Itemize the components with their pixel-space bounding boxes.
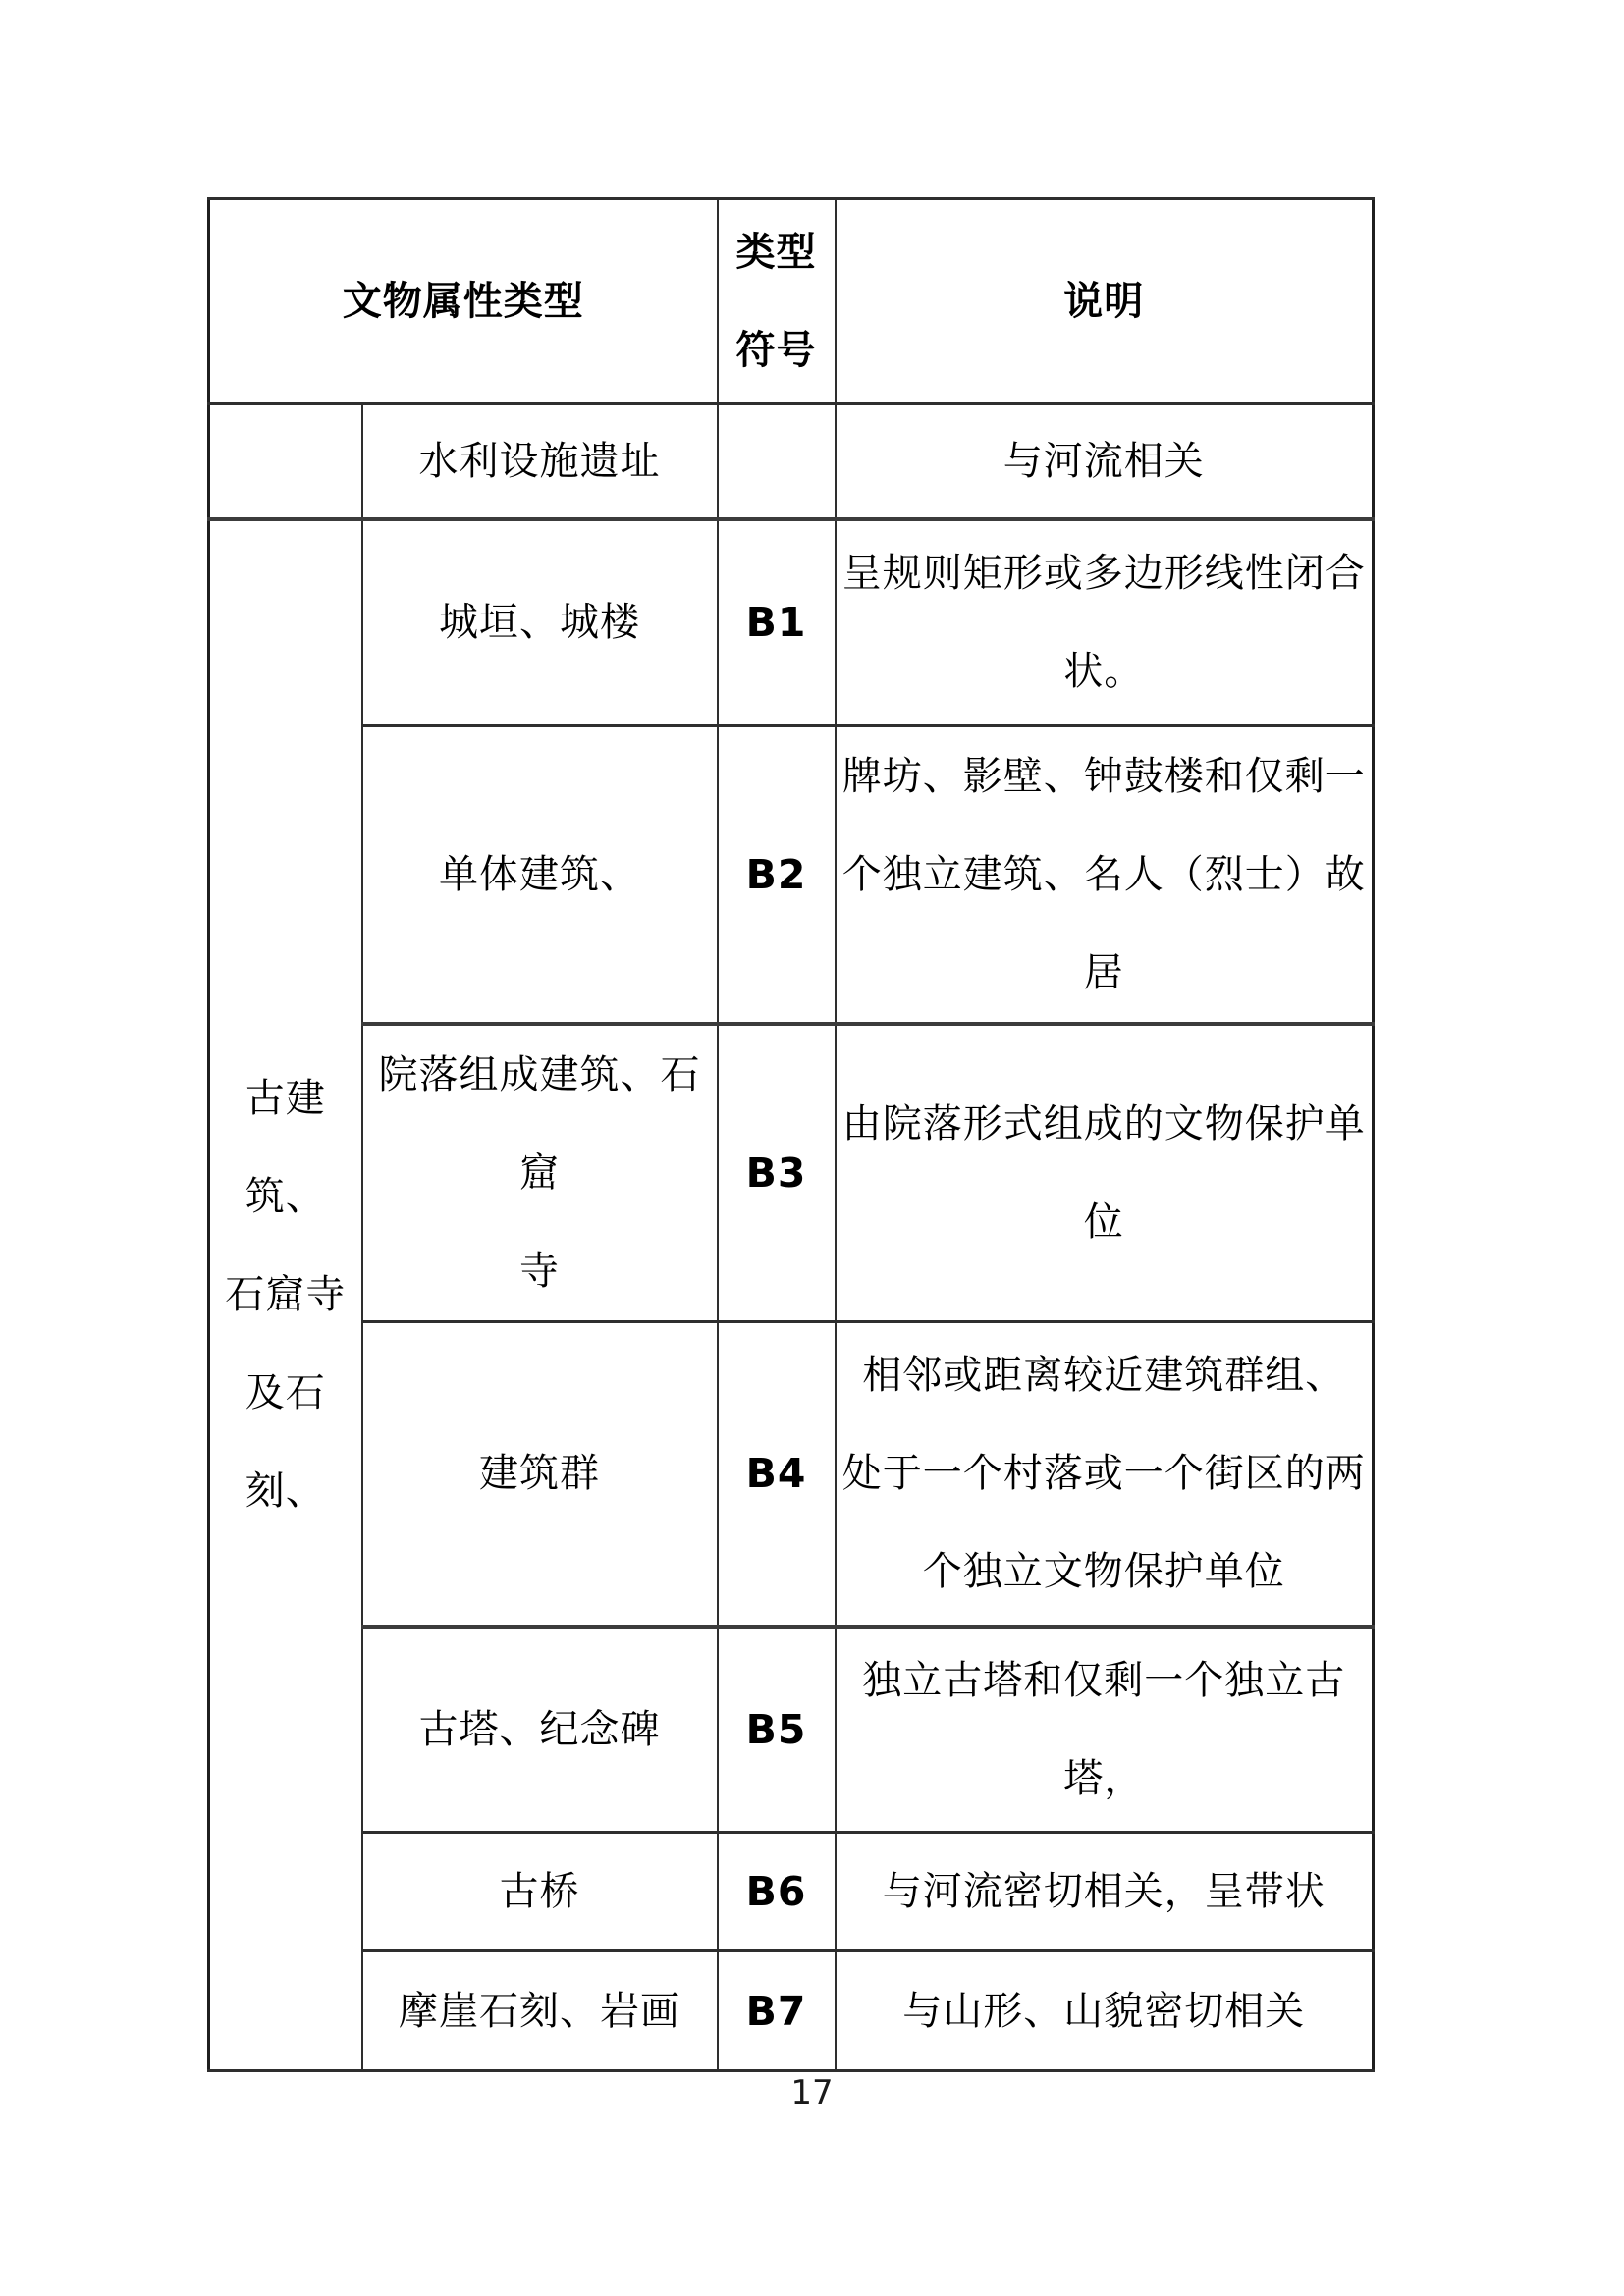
header-type-symbol: 类型 符号 [718, 199, 836, 404]
cell-type-b2: 单体建筑、 [362, 726, 718, 1025]
table-row-b4: 建筑群 B4 相邻或距离较近建筑群组、 处于一个村落或一个街区的两 个独立文物保… [209, 1322, 1374, 1627]
cell-desc-b5: 独立古塔和仅剩一个独立古 塔， [836, 1627, 1374, 1833]
cell-symbol-b4: B4 [718, 1322, 836, 1627]
cell-type-b7: 摩崖石刻、岩画 [362, 1951, 718, 2071]
cell-type-b1: 城垣、城楼 [362, 519, 718, 726]
cell-symbol-b2: B2 [718, 726, 836, 1025]
table-row-b7: 摩崖石刻、岩画 B7 与山形、山貌密切相关 [209, 1951, 1374, 2071]
cell-symbol-b6: B6 [718, 1833, 836, 1951]
cell-symbol-water-facility [718, 404, 836, 519]
document-page: { "page": { "number": "17" }, "table": {… [0, 0, 1624, 2296]
cell-symbol-b7: B7 [718, 1951, 836, 2071]
cell-desc-b2: 牌坊、影壁、钟鼓楼和仅剩一 个独立建筑、名人（烈士）故 居 [836, 726, 1374, 1025]
heritage-attribute-type-table: 文物属性类型 类型 符号 说明 水利设施遗址 与河流相关 古建 筑、 石窟寺 及… [207, 197, 1375, 2072]
table-row-b5: 古塔、纪念碑 B5 独立古塔和仅剩一个独立古 塔， [209, 1627, 1374, 1833]
cell-desc-water-facility: 与河流相关 [836, 404, 1374, 519]
cell-desc-b6: 与河流密切相关，呈带状 [836, 1833, 1374, 1951]
cell-type-b6: 古桥 [362, 1833, 718, 1951]
table-row-water-facility: 水利设施遗址 与河流相关 [209, 404, 1374, 519]
cell-desc-b1: 呈规则矩形或多边形线性闭合 状。 [836, 519, 1374, 726]
cell-type-b3: 院落组成建筑、石窟 寺 [362, 1024, 718, 1322]
cell-symbol-b3: B3 [718, 1024, 836, 1322]
cell-type-b4: 建筑群 [362, 1322, 718, 1627]
header-property-type: 文物属性类型 [209, 199, 718, 404]
table-row-b6: 古桥 B6 与河流密切相关，呈带状 [209, 1833, 1374, 1951]
page-number: 17 [0, 2073, 1624, 2112]
table-row-b1: 古建 筑、 石窟寺 及石 刻、 城垣、城楼 B1 呈规则矩形或多边形线性闭合 状… [209, 519, 1374, 726]
table-row-b2: 单体建筑、 B2 牌坊、影壁、钟鼓楼和仅剩一 个独立建筑、名人（烈士）故 居 [209, 726, 1374, 1025]
cell-symbol-b1: B1 [718, 519, 836, 726]
cell-type-b5: 古塔、纪念碑 [362, 1627, 718, 1833]
cell-category-empty [209, 404, 362, 519]
cell-desc-b7: 与山形、山貌密切相关 [836, 1951, 1374, 2071]
cell-desc-b3: 由院落形式组成的文物保护单 位 [836, 1024, 1374, 1322]
cell-category-ancient-architecture: 古建 筑、 石窟寺 及石 刻、 [209, 519, 362, 2071]
header-description: 说明 [836, 199, 1374, 404]
table-row-b3: 院落组成建筑、石窟 寺 B3 由院落形式组成的文物保护单 位 [209, 1024, 1374, 1322]
cell-type-water-facility: 水利设施遗址 [362, 404, 718, 519]
cell-desc-b4: 相邻或距离较近建筑群组、 处于一个村落或一个街区的两 个独立文物保护单位 [836, 1322, 1374, 1627]
cell-symbol-b5: B5 [718, 1627, 836, 1833]
table-header-row: 文物属性类型 类型 符号 说明 [209, 199, 1374, 404]
